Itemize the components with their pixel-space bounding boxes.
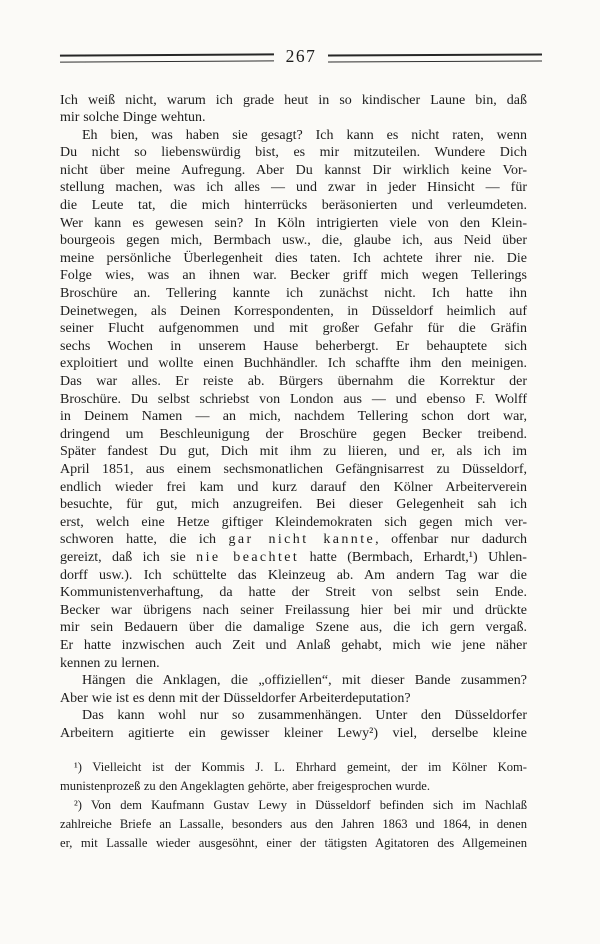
text-line: Du nicht so liebenswürdig bist, es mir m…: [60, 144, 527, 162]
text-line: Becker war übrigens nach seiner Freilass…: [60, 602, 527, 620]
text-line: besuchte, für gut, mich anzugreifen. Bei…: [60, 496, 527, 514]
paragraph: Hängen die Anklagen, die „offiziellen“, …: [60, 672, 527, 707]
paragraph: Ich weiß nicht, warum ich grade heut in …: [60, 92, 527, 127]
text-line: Wer kann es gewesen sein? In Köln intrig…: [60, 215, 527, 233]
page-body: Ich weiß nicht, warum ich grade heut in …: [60, 92, 527, 743]
text-line: April 1851, aus einem sechsmonatlichen G…: [60, 461, 527, 479]
header-rule-right: [328, 53, 542, 62]
text-line: Kommunistenverhaftung, da hatte der Stre…: [60, 584, 527, 602]
text-line: endlich wieder frei kam und kurz darauf …: [60, 479, 527, 497]
paragraph: Eh bien, was haben sie gesagt? Ich kann …: [60, 127, 527, 672]
text-line: in Deinem Namen — an mich, nachdem Telle…: [60, 408, 527, 426]
header-rule-left: [60, 53, 274, 62]
text-line: ¹) Vielleicht ist der Kommis J. L. Ehrha…: [60, 758, 527, 777]
text-line: Aber wie ist es denn mit der Düsseldorfe…: [60, 690, 527, 708]
text-line: schworen hatte, die ich gar nicht kannte…: [60, 531, 527, 549]
paragraph: Das kann wohl nur so zusammenhängen. Unt…: [60, 707, 527, 742]
page-number: 267: [274, 48, 329, 66]
text-line: sechs Wochen in unserem Hause beherbergt…: [60, 338, 527, 356]
emphasized-text: gar nicht kannte: [229, 532, 376, 547]
text-line: kennen zu lernen.: [60, 655, 527, 673]
text-line: Broschüre an. Tellering kannte ich zunäc…: [60, 285, 527, 303]
text-line: exploitiert und wollte einen Buchhändler…: [60, 355, 527, 373]
emphasized-text: nie beachtet: [196, 550, 299, 565]
text-line: Er hatte inzwischen auch Zeit und Anlaß …: [60, 637, 527, 655]
text-line: munistenprozeß zu den Angeklagten gehört…: [60, 777, 527, 796]
book-page: 267 Ich weiß nicht, warum ich grade heut…: [0, 0, 600, 944]
footnote: ¹) Vielleicht ist der Kommis J. L. Ehrha…: [60, 758, 527, 796]
text-line: Ich weiß nicht, warum ich grade heut in …: [60, 92, 527, 110]
text-line: die Leute tat, die mich hinterrücks berä…: [60, 197, 527, 215]
text-line: zahlreiche Briefe an Lassalle, besonders…: [60, 815, 527, 834]
text-line: mir solche Dinge wehtun.: [60, 109, 527, 127]
text-line: Hängen die Anklagen, die „offiziellen“, …: [60, 672, 527, 690]
text-line: bourgeois gegen mich, Bermbach usw., die…: [60, 232, 527, 250]
text-line: Eh bien, was haben sie gesagt? Ich kann …: [60, 127, 527, 145]
text-line: Das war alles. Er reiste ab. Bürgers übe…: [60, 373, 527, 391]
page-header: 267: [60, 49, 542, 67]
text-line: stellung machen, was ich alles — und zwa…: [60, 179, 527, 197]
footnote: ²) Von dem Kaufmann Gustav Lewy in Düsse…: [60, 796, 527, 852]
text-line: mir sein Bedauern über die damalige Szen…: [60, 619, 527, 637]
text-line: dorff usw.). Ich schüttelte das Kleinzeu…: [60, 567, 527, 585]
text-line: Broschüre. Du selbst schriebst von Londo…: [60, 391, 527, 409]
footnotes-section: ¹) Vielleicht ist der Kommis J. L. Ehrha…: [60, 758, 527, 852]
text-line: Arbeitern agitierte ein gewisser kleiner…: [60, 725, 527, 743]
text-line: Deinetwegen, als Deinen Korrespondenten,…: [60, 303, 527, 321]
text-line: erst, welch eine Hetze giftiger Kleindem…: [60, 514, 527, 532]
text-line: meine persönliche Überlegenheit dies tat…: [60, 250, 527, 268]
text-line: er, mit Lassalle wieder ausgesöhnt, eine…: [60, 834, 527, 853]
text-line: nicht über meine Aufregung. Aber Du kann…: [60, 162, 527, 180]
text-line: seiner Flucht aufgenommen und mit großer…: [60, 320, 527, 338]
text-line: dringend um Beschleunigung der Broschüre…: [60, 426, 527, 444]
text-line: gereizt, daß ich sie nie beachtet hatte …: [60, 549, 527, 567]
text-line: ²) Von dem Kaufmann Gustav Lewy in Düsse…: [60, 796, 527, 815]
text-line: Das kann wohl nur so zusammenhängen. Unt…: [60, 707, 527, 725]
text-line: Später fandest Du gut, Dich mit ihm zu l…: [60, 443, 527, 461]
text-line: Folge wies, was an ihnen war. Becker gri…: [60, 267, 527, 285]
